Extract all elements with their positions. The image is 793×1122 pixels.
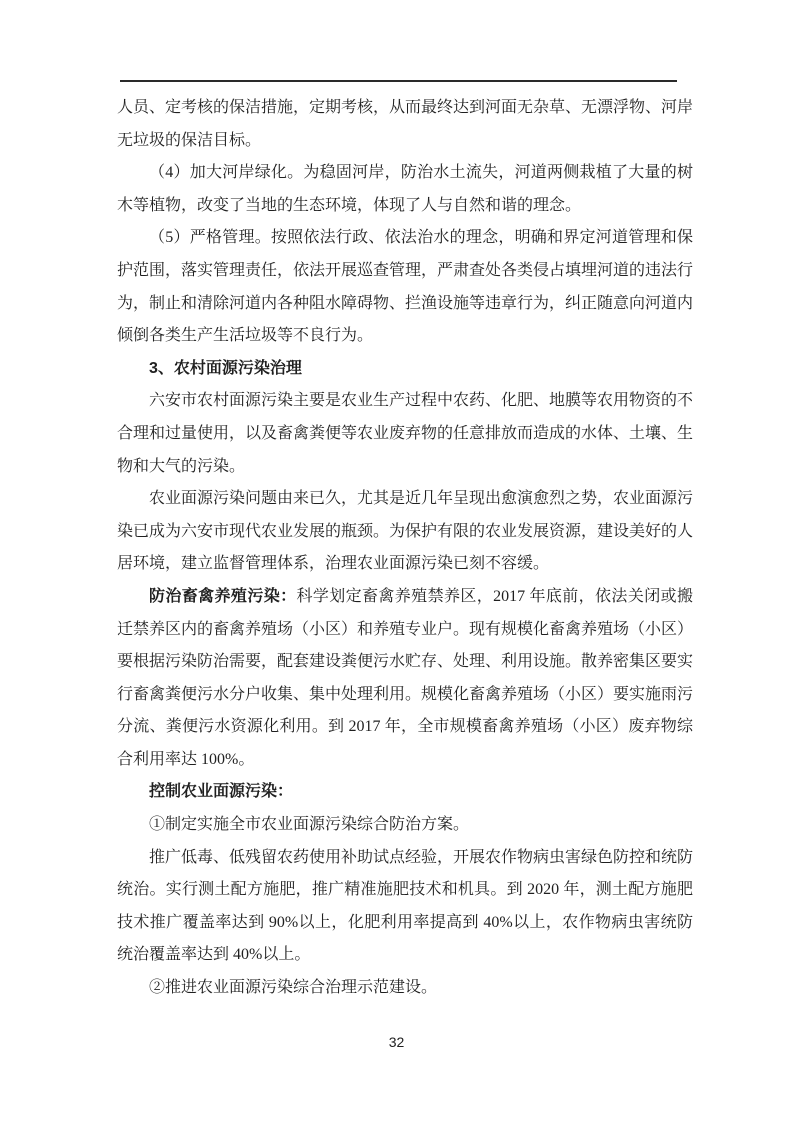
paragraph-text: 农业面源污染问题由来已久，尤其是近几年呈现出愈演愈烈之势，农业面源污染已成为六安…: [117, 490, 693, 572]
paragraph-item-5: （5）严格管理。按照依法行政、依法治水的理念，明确和界定河道管理和保护范围，落实…: [117, 222, 693, 352]
paragraph-text: 人员、定考核的保洁措施，定期考核，从而最终达到河面无杂草、无漂浮物、河岸无垃圾的…: [117, 99, 693, 149]
paragraph-step-2: ②推进农业面源污染综合治理示范建设。: [117, 972, 693, 1005]
paragraph-text: ①制定实施全市农业面源污染综合防治方案。: [149, 816, 469, 833]
paragraph-background: 农业面源污染问题由来已久，尤其是近几年呈现出愈演愈烈之势，农业面源污染已成为六安…: [117, 483, 693, 581]
paragraph-text: ②推进农业面源污染综合治理示范建设。: [149, 979, 437, 996]
paragraph-continuation: 人员、定考核的保洁措施，定期考核，从而最终达到河面无杂草、无漂浮物、河岸无垃圾的…: [117, 92, 693, 157]
page-number: 32: [0, 1034, 793, 1050]
header-rule: [120, 80, 677, 82]
paragraph-text: （5）严格管理。按照依法行政、依法治水的理念，明确和界定河道管理和保护范围，落实…: [117, 229, 693, 344]
paragraph-text: 推广低毒、低残留农药使用补助试点经验，开展农作物病虫害绿色防控和统防统治。实行测…: [117, 849, 693, 964]
heading-text: 3、农村面源污染治理: [149, 360, 302, 377]
paragraph-text: 六安市农村面源污染主要是农业生产过程中农药、化肥、地膜等农用物资的不合理和过量使…: [117, 392, 693, 474]
paragraph-text: 科学划定畜禽养殖禁养区，2017 年底前，依法关闭或搬迁禁养区内的畜禽养殖场（小…: [117, 588, 693, 768]
paragraph-step-1: ①制定实施全市农业面源污染综合防治方案。: [117, 809, 693, 842]
heading-control-agri-pollution: 控制农业面源污染：: [117, 776, 693, 809]
paragraph-item-4: （4）加大河岸绿化。为稳固河岸，防治水土流失，河道两侧栽植了大量的树木等植物，改…: [117, 157, 693, 222]
document-body: 人员、定考核的保洁措施，定期考核，从而最终达到河面无杂草、无漂浮物、河岸无垃圾的…: [117, 92, 693, 1005]
heading-text: 控制农业面源污染：: [149, 783, 293, 800]
paragraph-overview: 六安市农村面源污染主要是农业生产过程中农药、化肥、地膜等农用物资的不合理和过量使…: [117, 385, 693, 483]
bold-lead-text: 防治畜禽养殖污染：: [149, 588, 296, 605]
paragraph-fertilizer: 推广低毒、低残留农药使用补助试点经验，开展农作物病虫害绿色防控和统防统治。实行测…: [117, 842, 693, 972]
paragraph-livestock-pollution: 防治畜禽养殖污染：科学划定畜禽养殖禁养区，2017 年底前，依法关闭或搬迁禁养区…: [117, 581, 693, 777]
paragraph-text: （4）加大河岸绿化。为稳固河岸，防治水土流失，河道两侧栽植了大量的树木等植物，改…: [117, 164, 693, 214]
heading-rural-pollution-control: 3、农村面源污染治理: [117, 353, 693, 386]
document-page: 人员、定考核的保洁措施，定期考核，从而最终达到河面无杂草、无漂浮物、河岸无垃圾的…: [0, 0, 793, 1122]
